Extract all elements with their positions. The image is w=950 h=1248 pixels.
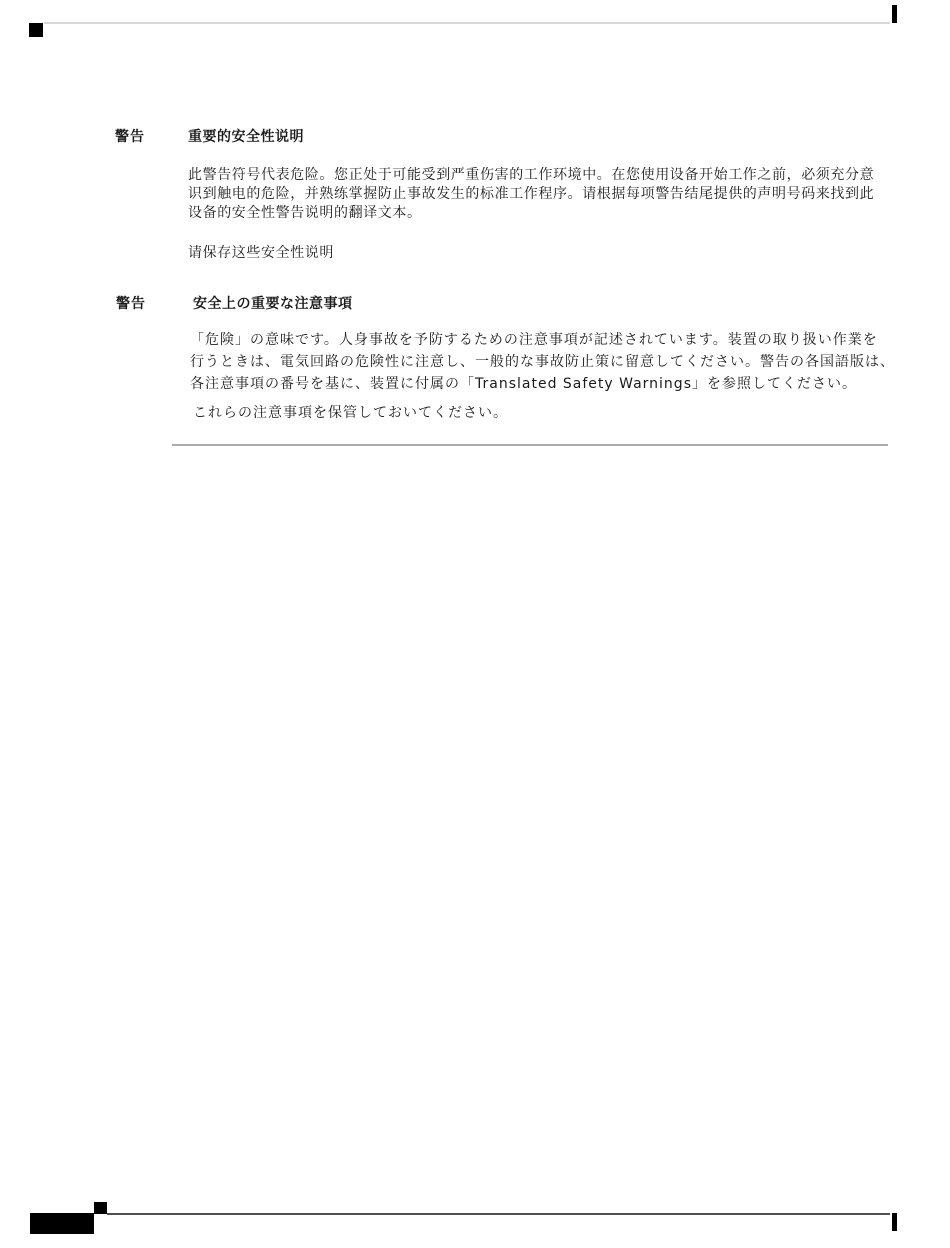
section-separator-rule: [172, 444, 888, 446]
footer-rule: [107, 1213, 890, 1215]
footer-page-tab: [30, 1213, 94, 1234]
footer-page-tab-notch: [94, 1202, 107, 1214]
warning-title: 重要的安全性说明: [188, 126, 304, 146]
warning-label: 警告: [116, 293, 146, 313]
warning-paragraph: 「危険」の意味です。人身事故を予防するための注意事項が記述されています。装置の取…: [190, 329, 895, 395]
paragraph-line: 此警告符号代表危险。您正处于可能受到严重伤害的工作环境中。在您使用设备开始工作之…: [188, 166, 874, 185]
save-instructions-line: 请保存这些安全性说明: [188, 242, 334, 262]
top-left-corner-mark: [29, 23, 43, 37]
top-right-crop-mark: [892, 5, 897, 23]
paragraph-line: 设备的安全性警告说明的翻译文本。: [188, 204, 874, 223]
warning-paragraph: 此警告符号代表危险。您正处于可能受到严重伤害的工作环境中。在您使用设备开始工作之…: [188, 166, 874, 223]
paragraph-line: 各注意事項の番号を基に、装置に付属の「Translated Safety War…: [190, 373, 895, 395]
bottom-right-crop-mark: [892, 1213, 897, 1231]
paragraph-line: 「危険」の意味です。人身事故を予防するための注意事項が記述されています。装置の取…: [190, 329, 895, 351]
document-page: 警告 重要的安全性说明 此警告符号代表危险。您正处于可能受到严重伤害的工作环境中…: [0, 0, 950, 1248]
warning-label: 警告: [115, 126, 145, 146]
save-instructions-line: これらの注意事項を保管しておいてください。: [193, 402, 508, 422]
warning-title: 安全上の重要な注意事項: [193, 293, 353, 313]
paragraph-line: 行うときは、電気回路の危険性に注意し、一般的な事故防止策に留意してください。警告…: [190, 351, 895, 373]
header-rule: [44, 22, 890, 24]
paragraph-line: 识到触电的危险，并熟练掌握防止事故发生的标准工作程序。请根据每项警告结尾提供的声…: [188, 185, 874, 204]
